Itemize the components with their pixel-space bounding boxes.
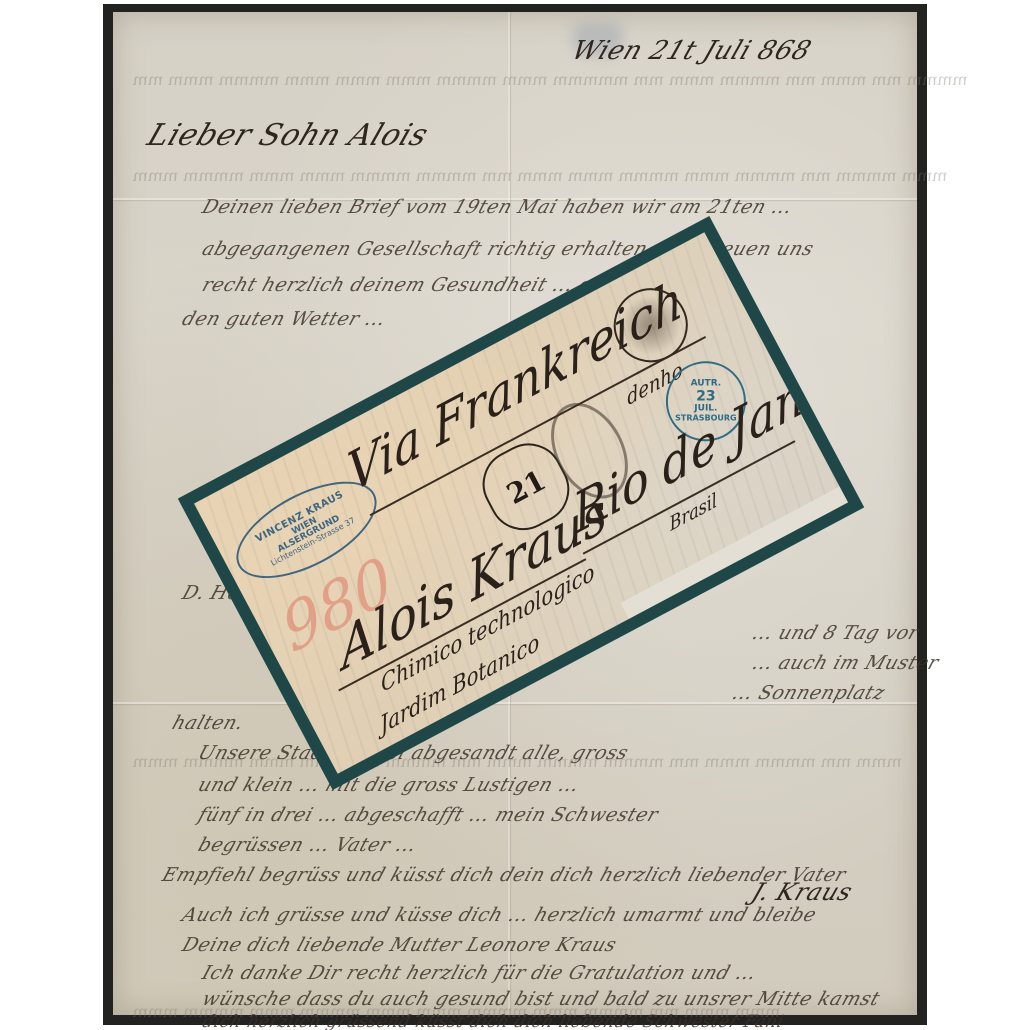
letter-dateline: Wien 21t Juli 868 <box>568 36 816 66</box>
letter-line: fünf in drei ... abgeschafft ... mein Sc… <box>195 804 661 826</box>
letter-line: wünsche dass du auch gesund bist und bal… <box>199 988 882 1010</box>
letter-line: Auch ich grüsse und küsse dich ... herzl… <box>179 904 819 926</box>
letter-line: Ich danke Dir recht herzlich für die Gra… <box>199 962 759 984</box>
letter-line: Deinen lieben Brief vom 19ten Mai haben … <box>199 196 795 218</box>
letter-line: Empfiehl begrüss und küsst dich dein dic… <box>159 864 848 886</box>
rate-mark: 21 <box>501 463 551 510</box>
letter-line: ... Sonnenplatz <box>729 682 887 704</box>
letter-line: Deine dich liebende Mutter Leonore Kraus <box>179 934 619 956</box>
bleed-through-text: mmm mmmm mm mmmm mmm mmmm mmm mmm mm mmm… <box>130 166 950 185</box>
letter-salutation: Lieber Sohn Alois <box>143 118 433 153</box>
letter-line: ... auch im Muster <box>749 652 941 674</box>
letter-line: und klein ... mit die gross Lustigen ... <box>195 774 582 796</box>
bleed-through-text: mmmm mm mmm mm mmmm mmm mm mmmmm mmm mmm… <box>130 70 970 89</box>
letter-line: den guten Wetter ... <box>179 308 388 330</box>
letter-line: halten. <box>169 712 246 734</box>
letter-signature: J. Kraus <box>748 878 857 906</box>
letter-line: dich herzlich grüssend küsst dich dich l… <box>200 1012 787 1030</box>
letter-line: ... und 8 Tag vor <box>749 622 922 644</box>
letter-line: begrüssen ... Vater ... <box>195 834 419 856</box>
